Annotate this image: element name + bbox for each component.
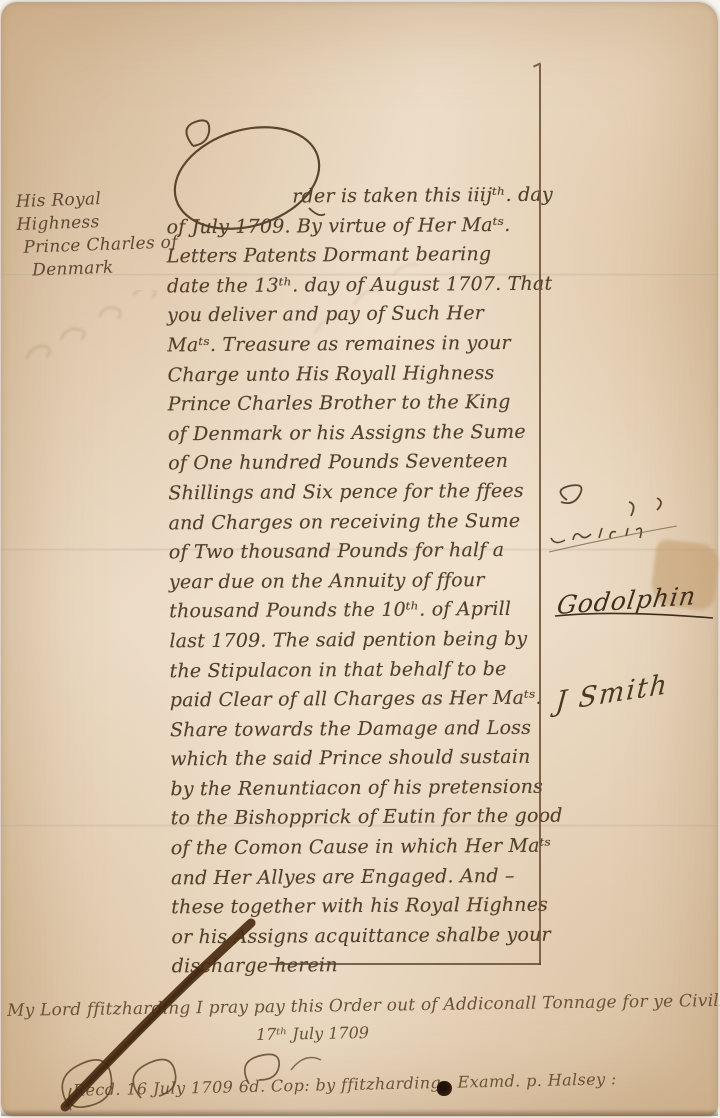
signature-area: Godolphin J Smith (549, 482, 719, 782)
payment-instruction: My Lord ffitzharding I pray pay this Ord… (7, 991, 707, 1021)
order-line: thousand Pounds the 10ᵗʰ. of Aprill (169, 595, 545, 627)
order-line: rder is taken this iiijᵗʰ. day (166, 181, 542, 213)
order-line: Charge unto His Royall Highness (167, 358, 543, 390)
order-line: paid Clear of all Charges as Her Maᵗˢ. (170, 684, 546, 716)
order-line: date the 13ᵗʰ. day of August 1707. That (167, 269, 543, 301)
order-line: and Charges on receiving the Sume (168, 506, 544, 538)
order-line: discharge herein (172, 950, 548, 982)
margin-note-line: Denmark (18, 254, 189, 283)
order-line: to the Bishopprick of Eutin for the good (171, 802, 547, 834)
order-line: last 1709. The said pention being by (169, 625, 545, 657)
order-line: Share towards the Damage and Loss (170, 713, 546, 745)
receipt-line: Recd. 16 July 1709 6d. Cop: by ffitzhard… (73, 1067, 713, 1099)
signature-smith: J Smith (554, 669, 670, 719)
order-line: year due on the Annuity of ffour (169, 565, 545, 597)
payment-instruction-date: 17ᵗʰ July 1709 (256, 1023, 369, 1044)
order-line: by the Renuntiacon of his pretensions (170, 773, 546, 805)
inverted-docket-mark (549, 482, 699, 582)
order-line: or his Assigns acquittance shalbe your (171, 921, 547, 953)
paper-bottom-edge (1, 1109, 718, 1116)
order-line: of Denmark or his Assigns the Sume (168, 417, 544, 449)
vertical-rule (539, 64, 541, 965)
closing-rule (269, 963, 541, 965)
order-line: which the said Prince should sustain (170, 743, 546, 775)
signature-godolphin: Godolphin (555, 581, 698, 620)
order-line: Prince Charles Brother to the King (168, 388, 544, 420)
manuscript-page: His Royal Highness Prince Charles of Den… (1, 2, 718, 1116)
order-text-block: rder is taken this iiijᵗʰ. day of July 1… (166, 181, 548, 983)
order-line: of Two thousand Pounds for half a (169, 536, 545, 568)
order-line: of One hundred Pounds Seventeen (168, 447, 544, 479)
order-line: these together with his Royal Highnes (171, 891, 547, 923)
order-line: the Stipulacon in that behalf to be (170, 654, 546, 686)
order-line: of July 1709. By virtue of Her Maᵗˢ. (166, 210, 542, 242)
order-line: you deliver and pay of Such Her (167, 299, 543, 331)
order-line: of the Comon Cause in which Her Maᵗˢ (171, 832, 547, 864)
order-line: and Her Allyes are Engaged. And – (171, 861, 547, 893)
order-line: Letters Patents Dormant bearing (167, 240, 543, 272)
order-line: Maᵗˢ. Treasure as remaines in your (167, 329, 543, 361)
ink-blot (437, 1081, 452, 1096)
order-line: Shillings and Six pence for the ffees (168, 477, 544, 509)
